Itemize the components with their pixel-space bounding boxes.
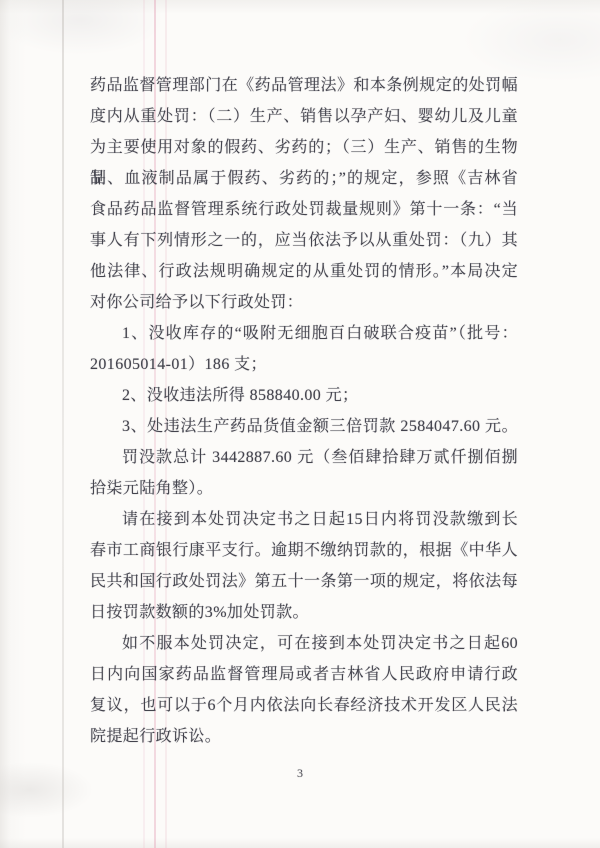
text-line: 事人有下列情形之一的，应当依法予以从重处罚：（九）其 xyxy=(90,225,518,256)
text-line: 食品药品监督管理系统行政处罚裁量规则》第十一条：“当 xyxy=(90,194,518,225)
text-line: 民共和国行政处罚法》第五十一条第一项的规定，将依法每 xyxy=(90,566,518,597)
scan-fold-line-gray xyxy=(62,0,64,848)
text-line: 1、没收库存的“吸附无细胞百白破联合疫苗”（批号： xyxy=(90,318,518,349)
text-line: 院提起行政诉讼。 xyxy=(90,721,518,752)
page-number: 3 xyxy=(0,766,600,781)
text-line: 拾柒元陆角整）。 xyxy=(90,473,518,504)
text-line: 品、血液制品属于假药、劣药的；”的规定，参照《吉林省 xyxy=(90,163,518,194)
text-line: 如不服本处罚决定，可在接到本处罚决定书之日起60 xyxy=(90,628,518,659)
text-line: 201605014-01）186 支； xyxy=(90,349,518,380)
text-line: 药品监督管理部门在《药品管理法》和本条例规定的处罚幅 xyxy=(90,70,518,101)
text-line: 2、没收违法所得 858840.00 元； xyxy=(90,380,518,411)
text-line: 3、处违法生产药品货值金额三倍罚款 2584047.60 元。 xyxy=(90,411,518,442)
text-line: 他法律、行政法规明确规定的从重处罚的情形。”本局决定 xyxy=(90,256,518,287)
text-line: 度内从重处罚：（二）生产、销售以孕产妇、婴幼儿及儿童 xyxy=(90,101,518,132)
document-page: 药品监督管理部门在《药品管理法》和本条例规定的处罚幅度内从重处罚：（二）生产、销… xyxy=(0,0,600,848)
text-line: 对你公司给予以下行政处罚： xyxy=(90,287,518,318)
text-line: 日内向国家药品监督管理局或者吉林省人民政府申请行政 xyxy=(90,659,518,690)
document-body-text: 药品监督管理部门在《药品管理法》和本条例规定的处罚幅度内从重处罚：（二）生产、销… xyxy=(90,70,518,752)
text-line: 请在接到本处罚决定书之日起15日内将罚没款缴到长 xyxy=(90,504,518,535)
text-line: 春市工商银行康平支行。逾期不缴纳罚款的，根据《中华人 xyxy=(90,535,518,566)
text-line: 为主要使用对象的假药、劣药的；（三）生产、销售的生物制 xyxy=(90,132,518,163)
text-line: 日按罚款数额的3%加处罚款。 xyxy=(90,597,518,628)
text-line: 复议，也可以于6个月内依法向长春经济技术开发区人民法 xyxy=(90,690,518,721)
text-line: 罚没款总计 3442887.60 元（叁佰肆拾肆万贰仟捌佰捌 xyxy=(90,442,518,473)
